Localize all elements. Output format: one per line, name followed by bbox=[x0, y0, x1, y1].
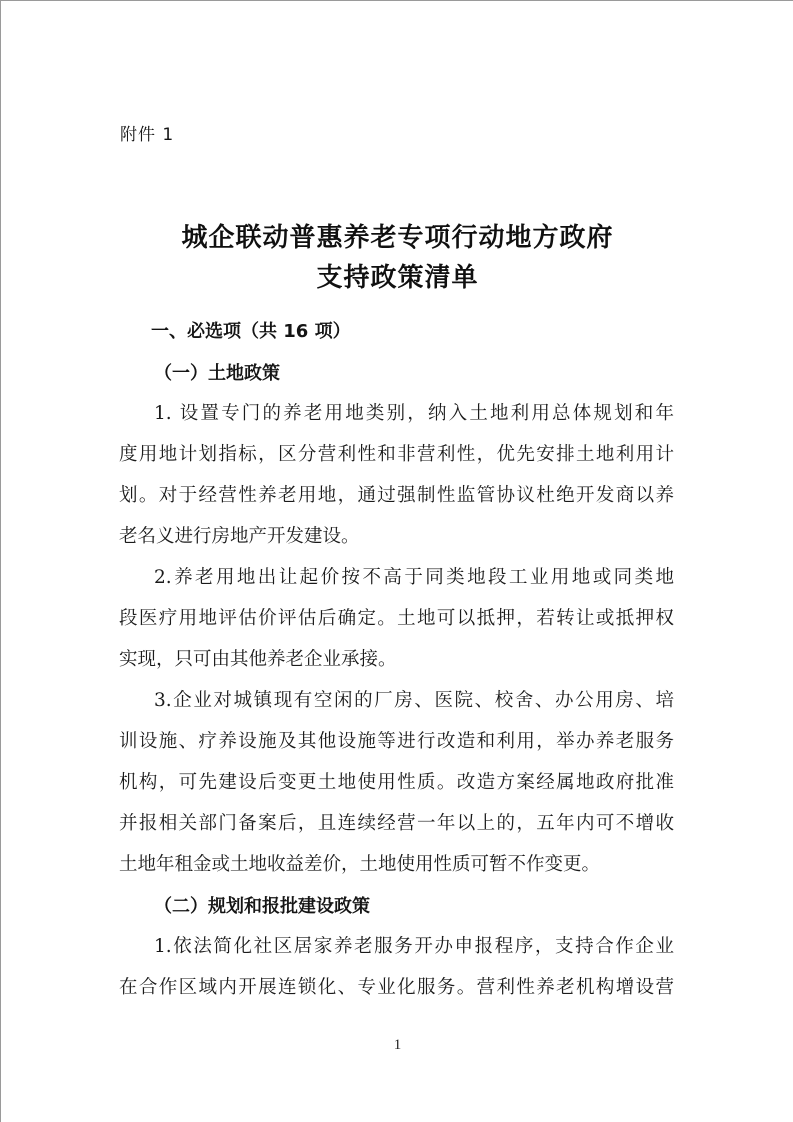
paragraph-line: 1.依法简化社区居家养老服务开办申报程序，支持合作企业 bbox=[154, 932, 674, 958]
document-title-line-2: 支持政策清单 bbox=[1, 257, 793, 294]
paragraph-line: 段医疗用地评估价评估后确定。土地可以抵押，若转让或抵押权 bbox=[119, 604, 674, 630]
paragraph-line: 划。对于经营性养老用地，通过强制性监管协议杜绝开发商以养 bbox=[119, 481, 674, 507]
paragraph-line: 3.企业对城镇现有空闲的厂房、医院、校舍、办公用房、培 bbox=[154, 686, 674, 712]
paragraph-line: 土地年租金或土地收益差价，土地使用性质可暂不作变更。 bbox=[119, 850, 674, 876]
document-title-line-1: 城企联动普惠养老专项行动地方政府 bbox=[1, 217, 793, 254]
paragraph-line: 度用地计划指标，区分营利性和非营利性，优先安排土地利用计 bbox=[119, 440, 674, 466]
section-heading-required-items: 一、必选项（共 16 项） bbox=[151, 317, 351, 343]
subsection-heading-land-policy: （一）土地政策 bbox=[154, 359, 280, 385]
paragraph-line: 机构，可先建设后变更土地使用性质。改造方案经属地政府批准 bbox=[119, 768, 674, 794]
paragraph-line: 实现，只可由其他养老企业承接。 bbox=[119, 645, 674, 671]
paragraph-line: 老名义进行房地产开发建设。 bbox=[119, 522, 674, 548]
page-number: 1 bbox=[1, 1037, 793, 1054]
subsection-heading-planning-policy: （二）规划和报批建设政策 bbox=[154, 892, 370, 918]
paragraph-line: 2.养老用地出让起价按不高于同类地段工业用地或同类地 bbox=[154, 563, 674, 589]
attachment-label: 附件 1 bbox=[120, 120, 174, 145]
paragraph-line: 训设施、疗养设施及其他设施等进行改造和利用，举办养老服务 bbox=[119, 727, 674, 753]
paragraph-line: 并报相关部门备案后，且连续经营一年以上的，五年内可不增收 bbox=[119, 809, 674, 835]
paragraph-line: 在合作区域内开展连锁化、专业化服务。营利性养老机构增设营 bbox=[119, 973, 674, 999]
document-page: 附件 1 城企联动普惠养老专项行动地方政府 支持政策清单 一、必选项（共 16 … bbox=[1, 1, 793, 1122]
paragraph-line: 1. 设置专门的养老用地类别，纳入土地利用总体规划和年 bbox=[154, 399, 674, 425]
